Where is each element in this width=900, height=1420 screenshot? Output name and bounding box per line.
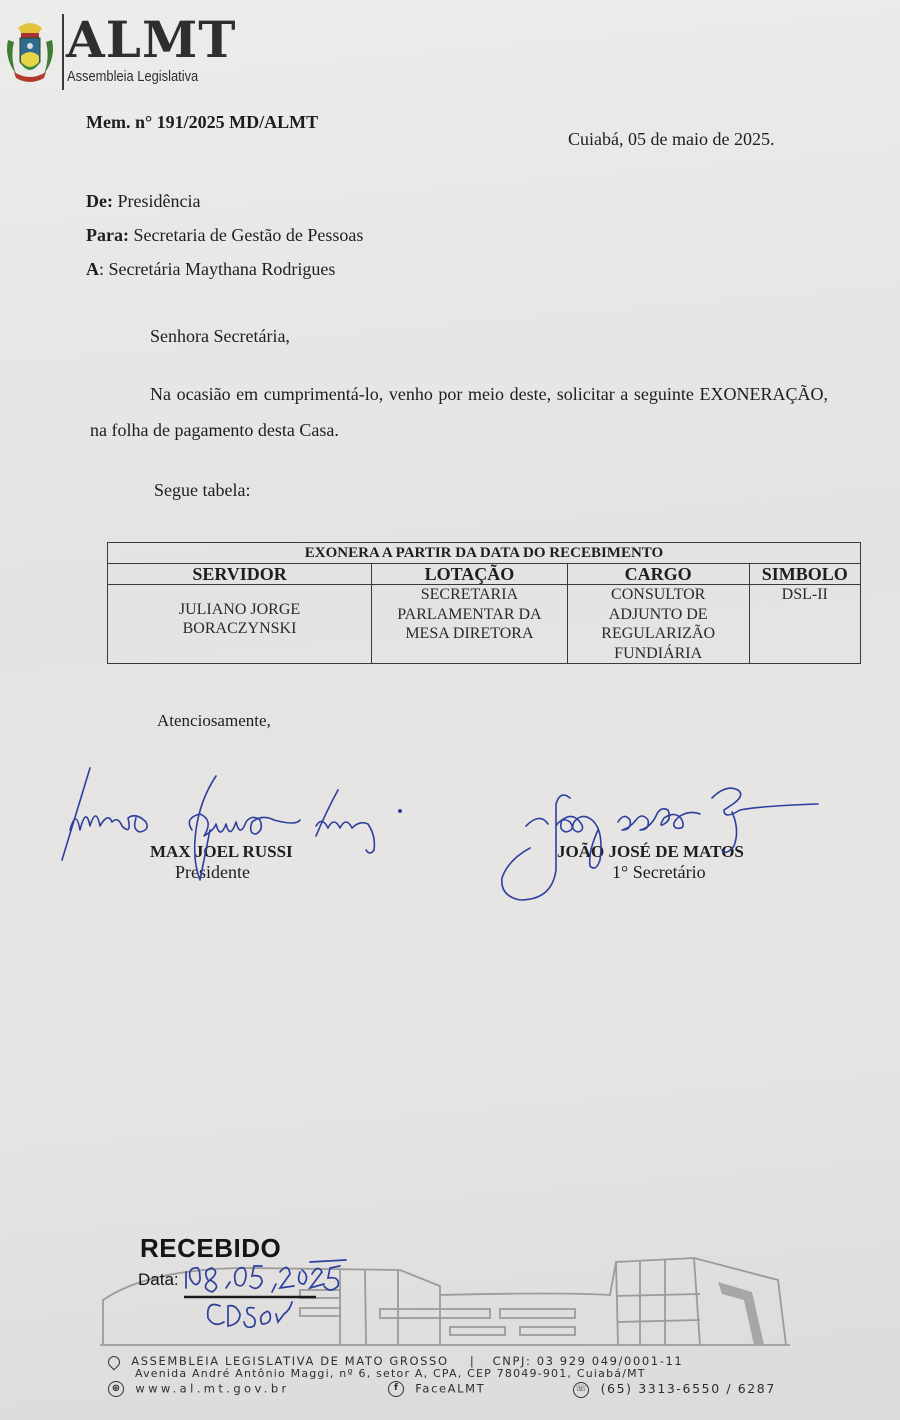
memo-page: ALMT Assembleia Legislativa Mem. n° 191/…: [0, 0, 900, 1420]
footer-separator: |: [470, 1354, 475, 1368]
footer-cnpj: CNPJ: 03 929 049/0001-11: [493, 1354, 684, 1368]
footer-website[interactable]: www.al.mt.gov.br: [135, 1382, 289, 1396]
footer-phone: ☏ (65) 3313-6550 / 6287: [573, 1381, 776, 1398]
facebook-icon: f: [388, 1381, 404, 1397]
footer-facebook-handle[interactable]: FaceALMT: [415, 1382, 485, 1396]
footer-address: Avenida André Antônio Maggi, nº 6, setor…: [135, 1367, 646, 1380]
footer-phone-number: (65) 3313-6550 / 6287: [601, 1381, 776, 1396]
footer-line-1: ASSEMBLEIA LEGISLATIVA DE MATO GROSSO | …: [108, 1354, 683, 1368]
footer-org-name: ASSEMBLEIA LEGISLATIVA DE MATO GROSSO: [131, 1354, 448, 1368]
globe-icon: ⊕: [108, 1381, 124, 1397]
location-pin-icon: [106, 1353, 123, 1370]
received-stamp-handwriting: [0, 0, 900, 1420]
footer-facebook: f FaceALMT: [388, 1381, 485, 1397]
phone-icon: ☏: [573, 1382, 589, 1398]
footer-line-3: ⊕ www.al.mt.gov.br: [108, 1381, 290, 1397]
